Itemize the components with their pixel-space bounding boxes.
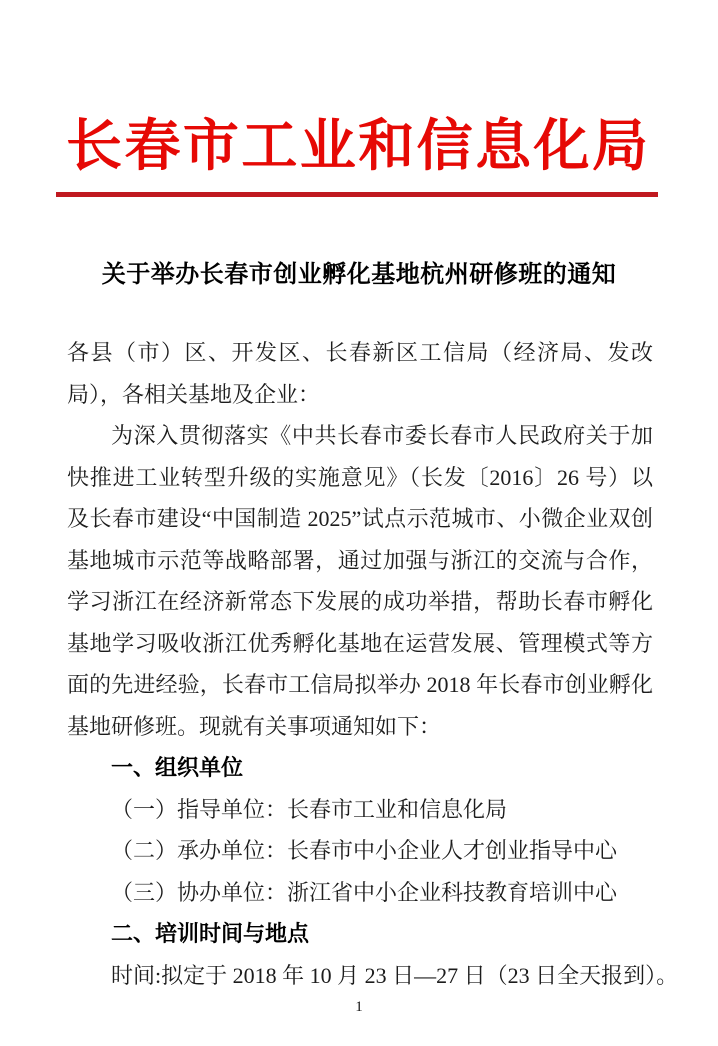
letterhead-org-name: 长春市工业和信息化局 xyxy=(66,119,648,175)
document-title: 关于举办长春市创业孵化基地杭州研修班的通知 xyxy=(0,263,718,287)
section-1-item-1: （一）指导单位：长春市工业和信息化局 xyxy=(67,789,653,831)
letterhead-divider xyxy=(56,192,658,197)
document-body: 各县（市）区、开发区、长春新区工信局（经济局、发改局），各相关基地及企业： 为深… xyxy=(67,332,653,996)
document-page: 长春市工业和信息化局 关于举办长春市创业孵化基地杭州研修班的通知 各县（市）区、… xyxy=(0,0,718,1046)
section-2-heading: 二、培训时间与地点 xyxy=(67,913,653,955)
section-2-time-paragraph: 时间:拟定于 2018 年 10 月 23 日—27 日（23 日全天报到）。 xyxy=(67,955,653,997)
salutation-paragraph: 各县（市）区、开发区、长春新区工信局（经济局、发改局），各相关基地及企业： xyxy=(67,332,653,415)
page-number: 1 xyxy=(0,1000,718,1015)
section-1-item-2: （二）承办单位：长春市中小企业人才创业指导中心 xyxy=(67,830,653,872)
section-1-item-3: （三）协办单位：浙江省中小企业科技教育培训中心 xyxy=(67,872,653,914)
section-1-heading: 一、组织单位 xyxy=(67,747,653,789)
intro-paragraph: 为深入贯彻落实《中共长春市委长春市人民政府关于加快推进工业转型升级的实施意见》（… xyxy=(67,415,653,747)
letterhead: 长春市工业和信息化局 xyxy=(0,119,718,197)
